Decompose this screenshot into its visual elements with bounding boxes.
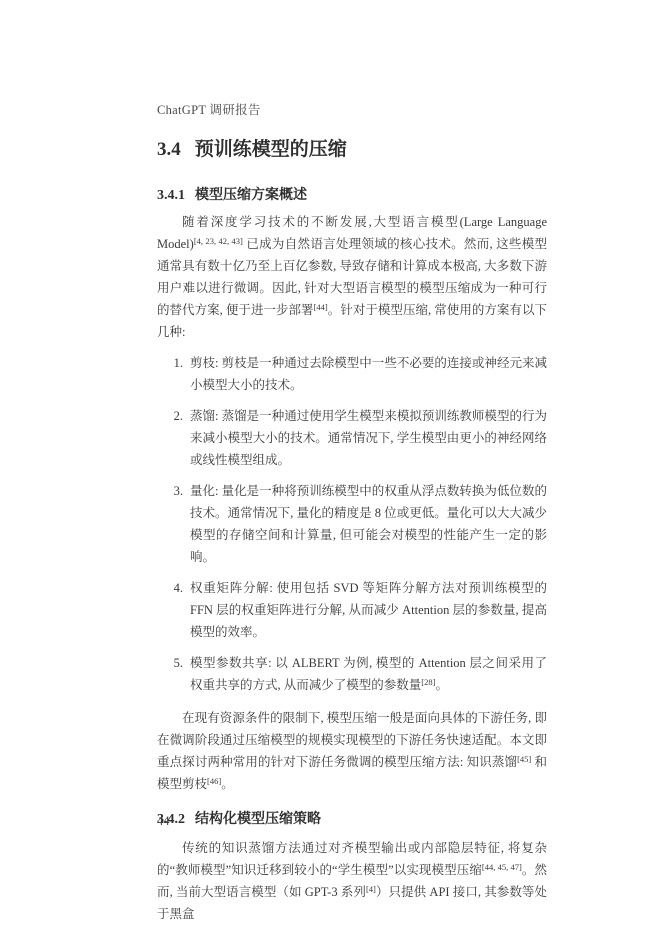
- subsection-1-number: 3.4.1: [157, 188, 185, 203]
- running-header: ChatGPT 调研报告: [157, 100, 547, 118]
- list-item-number: 2.: [157, 405, 183, 471]
- list-item-text: 权重矩阵分解: 使用包括 SVD 等矩阵分解方法对预训练模型的 FFN 层的权重…: [190, 577, 547, 643]
- list-item-matrix-factorization: 4. 权重矩阵分解: 使用包括 SVD 等矩阵分解方法对预训练模型的 FFN 层…: [157, 577, 547, 643]
- list-item-text: 模型参数共享: 以 ALBERT 为例, 模型的 Attention 层之间采用…: [190, 652, 547, 696]
- list-item-distillation: 2. 蒸馏: 蒸馏是一种通过使用学生模型来模拟预训练教师模型的行为来减小模型大小…: [157, 405, 547, 471]
- list-item-number: 1.: [157, 352, 183, 396]
- list-item-parameter-sharing: 5. 模型参数共享: 以 ALBERT 为例, 模型的 Attention 层之…: [157, 652, 547, 696]
- list-item-text: 量化: 量化是一种将预训练模型中的权重从浮点数转换为低位数的技术。通常情况下, …: [190, 480, 547, 568]
- subsection-2-title: 结构化模型压缩策略: [195, 812, 321, 827]
- section-title: 预训练模型的压缩: [195, 139, 347, 160]
- list-item-quantization: 3. 量化: 量化是一种将预训练模型中的权重从浮点数转换为低位数的技术。通常情况…: [157, 480, 547, 568]
- paragraph-structured-compression: 传统的知识蒸馏方法通过对齐模型输出或内部隐层特征, 将复杂的“教师模型”知识迁移…: [157, 837, 547, 925]
- list-item-text: 剪枝: 剪枝是一种通过去除模型中一些不必要的连接或神经元来减小模型大小的技术。: [190, 352, 547, 396]
- page-number: 44: [157, 814, 170, 829]
- paragraph-downstream: 在现有资源条件的限制下, 模型压缩一般是面向具体的下游任务, 即在微调阶段通过压…: [157, 707, 547, 795]
- list-item-number: 3.: [157, 480, 183, 568]
- subsection-1-title: 模型压缩方案概述: [195, 188, 307, 203]
- list-item-number: 5.: [157, 652, 183, 696]
- list-item-pruning: 1. 剪枝: 剪枝是一种通过去除模型中一些不必要的连接或神经元来减小模型大小的技…: [157, 352, 547, 396]
- list-item-number: 4.: [157, 577, 183, 643]
- list-item-text: 蒸馏: 蒸馏是一种通过使用学生模型来模拟预训练教师模型的行为来减小模型大小的技术…: [190, 405, 547, 471]
- subsection-heading-1: 3.4.1模型压缩方案概述: [157, 184, 547, 204]
- subsection-heading-2: 3.4.2结构化模型压缩策略: [157, 808, 547, 828]
- ordered-list: 1. 剪枝: 剪枝是一种通过去除模型中一些不必要的连接或神经元来减小模型大小的技…: [157, 352, 547, 696]
- section-number: 3.4: [157, 139, 181, 160]
- text-column: ChatGPT 调研报告 3.4预训练模型的压缩 3.4.1模型压缩方案概述 随…: [157, 100, 547, 925]
- paragraph-intro: 随着深度学习技术的不断发展,大型语言模型(Large Language Mode…: [157, 211, 547, 343]
- document-page: ChatGPT 调研报告 3.4预训练模型的压缩 3.4.1模型压缩方案概述 随…: [0, 0, 660, 934]
- section-heading: 3.4预训练模型的压缩: [157, 134, 547, 161]
